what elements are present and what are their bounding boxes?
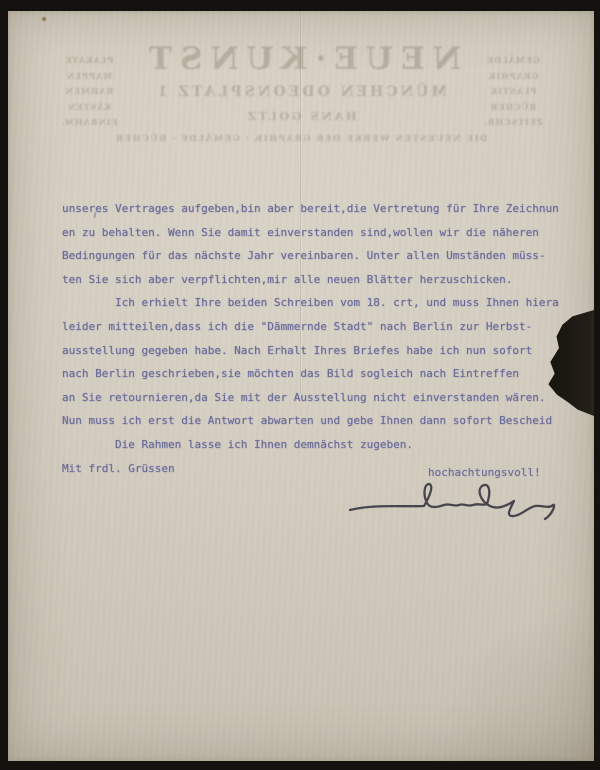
letter-line: en zu behalten. Wenn Sie damit einversta…: [62, 221, 559, 245]
letterhead-side-column-a: GEMÄLDEGRAPHIKPLASTIKBÜCHERZEITSCHR.: [474, 53, 552, 131]
letterhead-column-word: MAPPEN: [50, 69, 128, 85]
letter-line: an Sie retournieren,da Sie mit der Ausst…: [62, 386, 559, 410]
letterhead-bleed: NEUE·KUNST MÜNCHEN ODEONSPLATZ 1 HANS GO…: [8, 41, 594, 173]
letterhead-column-word: GEMÄLDE: [474, 53, 552, 69]
letter-line: Die Rahmen lasse ich Ihnen demnächst zug…: [62, 433, 559, 457]
letterhead-address: MÜNCHEN ODEONSPLATZ 1: [98, 84, 504, 100]
paper: NEUE·KUNST MÜNCHEN ODEONSPLATZ 1 HANS GO…: [8, 11, 594, 761]
letterhead-side-column-b: PLAKATEMAPPENRAHMENKÄSTENEINRAHM.: [50, 53, 128, 131]
letter-line: nach Berlin geschrieben,sie möchten das …: [62, 362, 559, 386]
letterhead-column-word: KÄSTEN: [50, 100, 128, 116]
letter-line: Bedingungen für das nächste Jahr vereinb…: [62, 244, 559, 268]
letterhead-title: NEUE·KUNST: [98, 41, 504, 77]
letterhead-column-word: RAHMEN: [50, 84, 128, 100]
handwritten-signature: [346, 479, 558, 527]
foxing-dot: [42, 17, 46, 21]
letterhead-bleed-center: NEUE·KUNST MÜNCHEN ODEONSPLATZ 1 HANS GO…: [98, 41, 504, 144]
letter-line: unseres Vertrages aufgeben,bin aber bere…: [62, 197, 559, 221]
letterhead-column-word: PLASTIK: [474, 84, 552, 100]
letterhead-column-word: ZEITSCHR.: [474, 115, 552, 131]
letterhead-column-word: PLAKATE: [50, 53, 128, 69]
letter-line: Nun muss ich erst die Antwort abwarten u…: [62, 409, 559, 433]
scan-background: NEUE·KUNST MÜNCHEN ODEONSPLATZ 1 HANS GO…: [0, 0, 600, 770]
letterhead-proprietor: HANS GOLTZ: [98, 109, 504, 123]
letter-line: ten Sie sich aber verpflichten,mir alle …: [62, 268, 559, 292]
letter-line: leider mitteilen,dass ich die "Dämmernde…: [62, 315, 559, 339]
letter-body: unseres Vertrages aufgeben,bin aber bere…: [62, 197, 559, 480]
letter-line: Ich erhielt Ihre beiden Schreiben vom 18…: [62, 291, 559, 315]
letterhead-column-word: GRAPHIK: [474, 69, 552, 85]
letterhead-subline: DIE NEUESTEN WERKE DER GRAPHIK · GEMÄLDE…: [98, 134, 504, 144]
letter-line: ausstellung gegeben habe. Nach Erhalt Ih…: [62, 339, 559, 363]
letter-closing: hochachtungsvoll!: [428, 466, 541, 479]
letterhead-column-word: EINRAHM.: [50, 115, 128, 131]
letterhead-column-word: BÜCHER: [474, 100, 552, 116]
